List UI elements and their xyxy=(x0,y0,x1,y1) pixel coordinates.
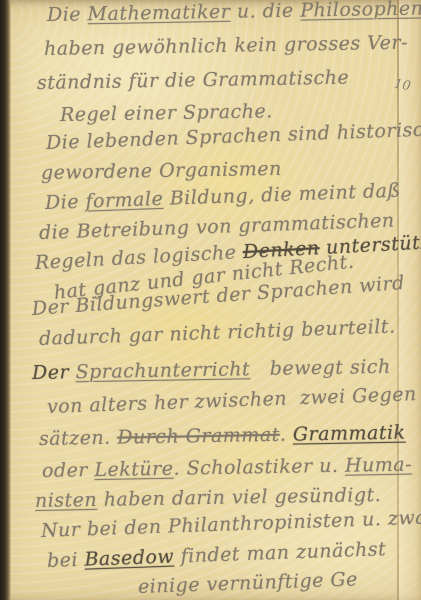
word-segment: formale xyxy=(85,188,163,213)
word-segment: Mathematiker xyxy=(87,1,230,25)
word-segment: ständnis für die Grammatische xyxy=(37,67,350,94)
manuscript-line: ständnis für die Grammatische xyxy=(37,69,349,93)
word-segment: haben darin viel gesündigt. xyxy=(97,484,381,511)
word-segment: Nur bei den Philanthropinisten u. zwar xyxy=(41,506,421,542)
word-segment: haben gewöhnlich kein grosses Ver- xyxy=(44,32,408,60)
manuscript-text: Die Mathematiker u. die Philosophenhaben… xyxy=(0,0,421,600)
manuscript-line: Der Sprachunterricht bewegt sich xyxy=(32,358,391,383)
word-segment: Regel einer Sprache. xyxy=(60,100,273,126)
manuscript-page: Die Mathematiker u. die Philosophenhaben… xyxy=(0,0,421,600)
word-segment: Lektüre xyxy=(94,458,173,481)
word-segment: Durch Grammat xyxy=(117,424,280,449)
manuscript-line: nisten haben darin viel gesündigt. xyxy=(35,486,382,511)
word-segment: dadurch gar nicht richtig beurteilt. xyxy=(39,316,396,350)
manuscript-line: bei Basedow findet man zunächst xyxy=(47,540,387,571)
word-segment: von alters her zwischen zwei Gegen xyxy=(47,383,417,418)
word-segment: findet man zunächst xyxy=(174,538,387,567)
manuscript-line: gewordene Organismen xyxy=(41,160,282,183)
word-segment: oder xyxy=(42,459,95,482)
word-segment: bei xyxy=(47,549,85,572)
word-segment: . xyxy=(280,424,293,446)
word-segment: einige vernünftige Ge xyxy=(138,568,359,598)
word-segment: Die xyxy=(47,3,88,26)
word-segment: Huma- xyxy=(345,454,412,477)
word-segment: gewordene Organismen xyxy=(41,158,282,184)
word-segment: Grammatik xyxy=(293,422,406,446)
word-segment: Basedow xyxy=(84,546,174,571)
word-segment: Philosophen xyxy=(300,0,421,22)
manuscript-line: Nur bei den Philanthropinisten u. zwar xyxy=(41,508,421,541)
word-segment: sätzen. xyxy=(39,427,118,450)
manuscript-line: oder Lektüre. Scholastiker u. Huma- xyxy=(42,456,412,481)
word-segment: nisten xyxy=(35,489,98,512)
word-segment: Die xyxy=(45,191,86,214)
manuscript-line: Die formale Bildung, die meint daß xyxy=(45,182,401,213)
manuscript-line: haben gewöhnlich kein grosses Ver- xyxy=(44,34,408,59)
margin-page-number: 10 xyxy=(393,77,412,94)
word-segment: . Scholastiker u. xyxy=(173,455,345,480)
word-segment: u. die xyxy=(230,0,300,23)
word-segment: Bildung, die meint daß xyxy=(163,180,401,210)
word-segment: Sprachunterricht xyxy=(75,358,250,383)
manuscript-line: sätzen. Durch Grammat. Grammatik xyxy=(39,424,406,449)
manuscript-line: von alters her zwischen zwei Gegen xyxy=(47,385,417,417)
manuscript-line: Die Mathematiker u. die Philosophen xyxy=(47,0,421,25)
manuscript-line: Regel einer Sprache. xyxy=(60,102,273,125)
manuscript-line: dadurch gar nicht richtig beurteilt. xyxy=(39,318,396,349)
word-segment: Der xyxy=(32,361,76,384)
manuscript-line: einige vernünftige Ge xyxy=(138,570,358,597)
word-segment: bewegt sich xyxy=(250,356,391,380)
